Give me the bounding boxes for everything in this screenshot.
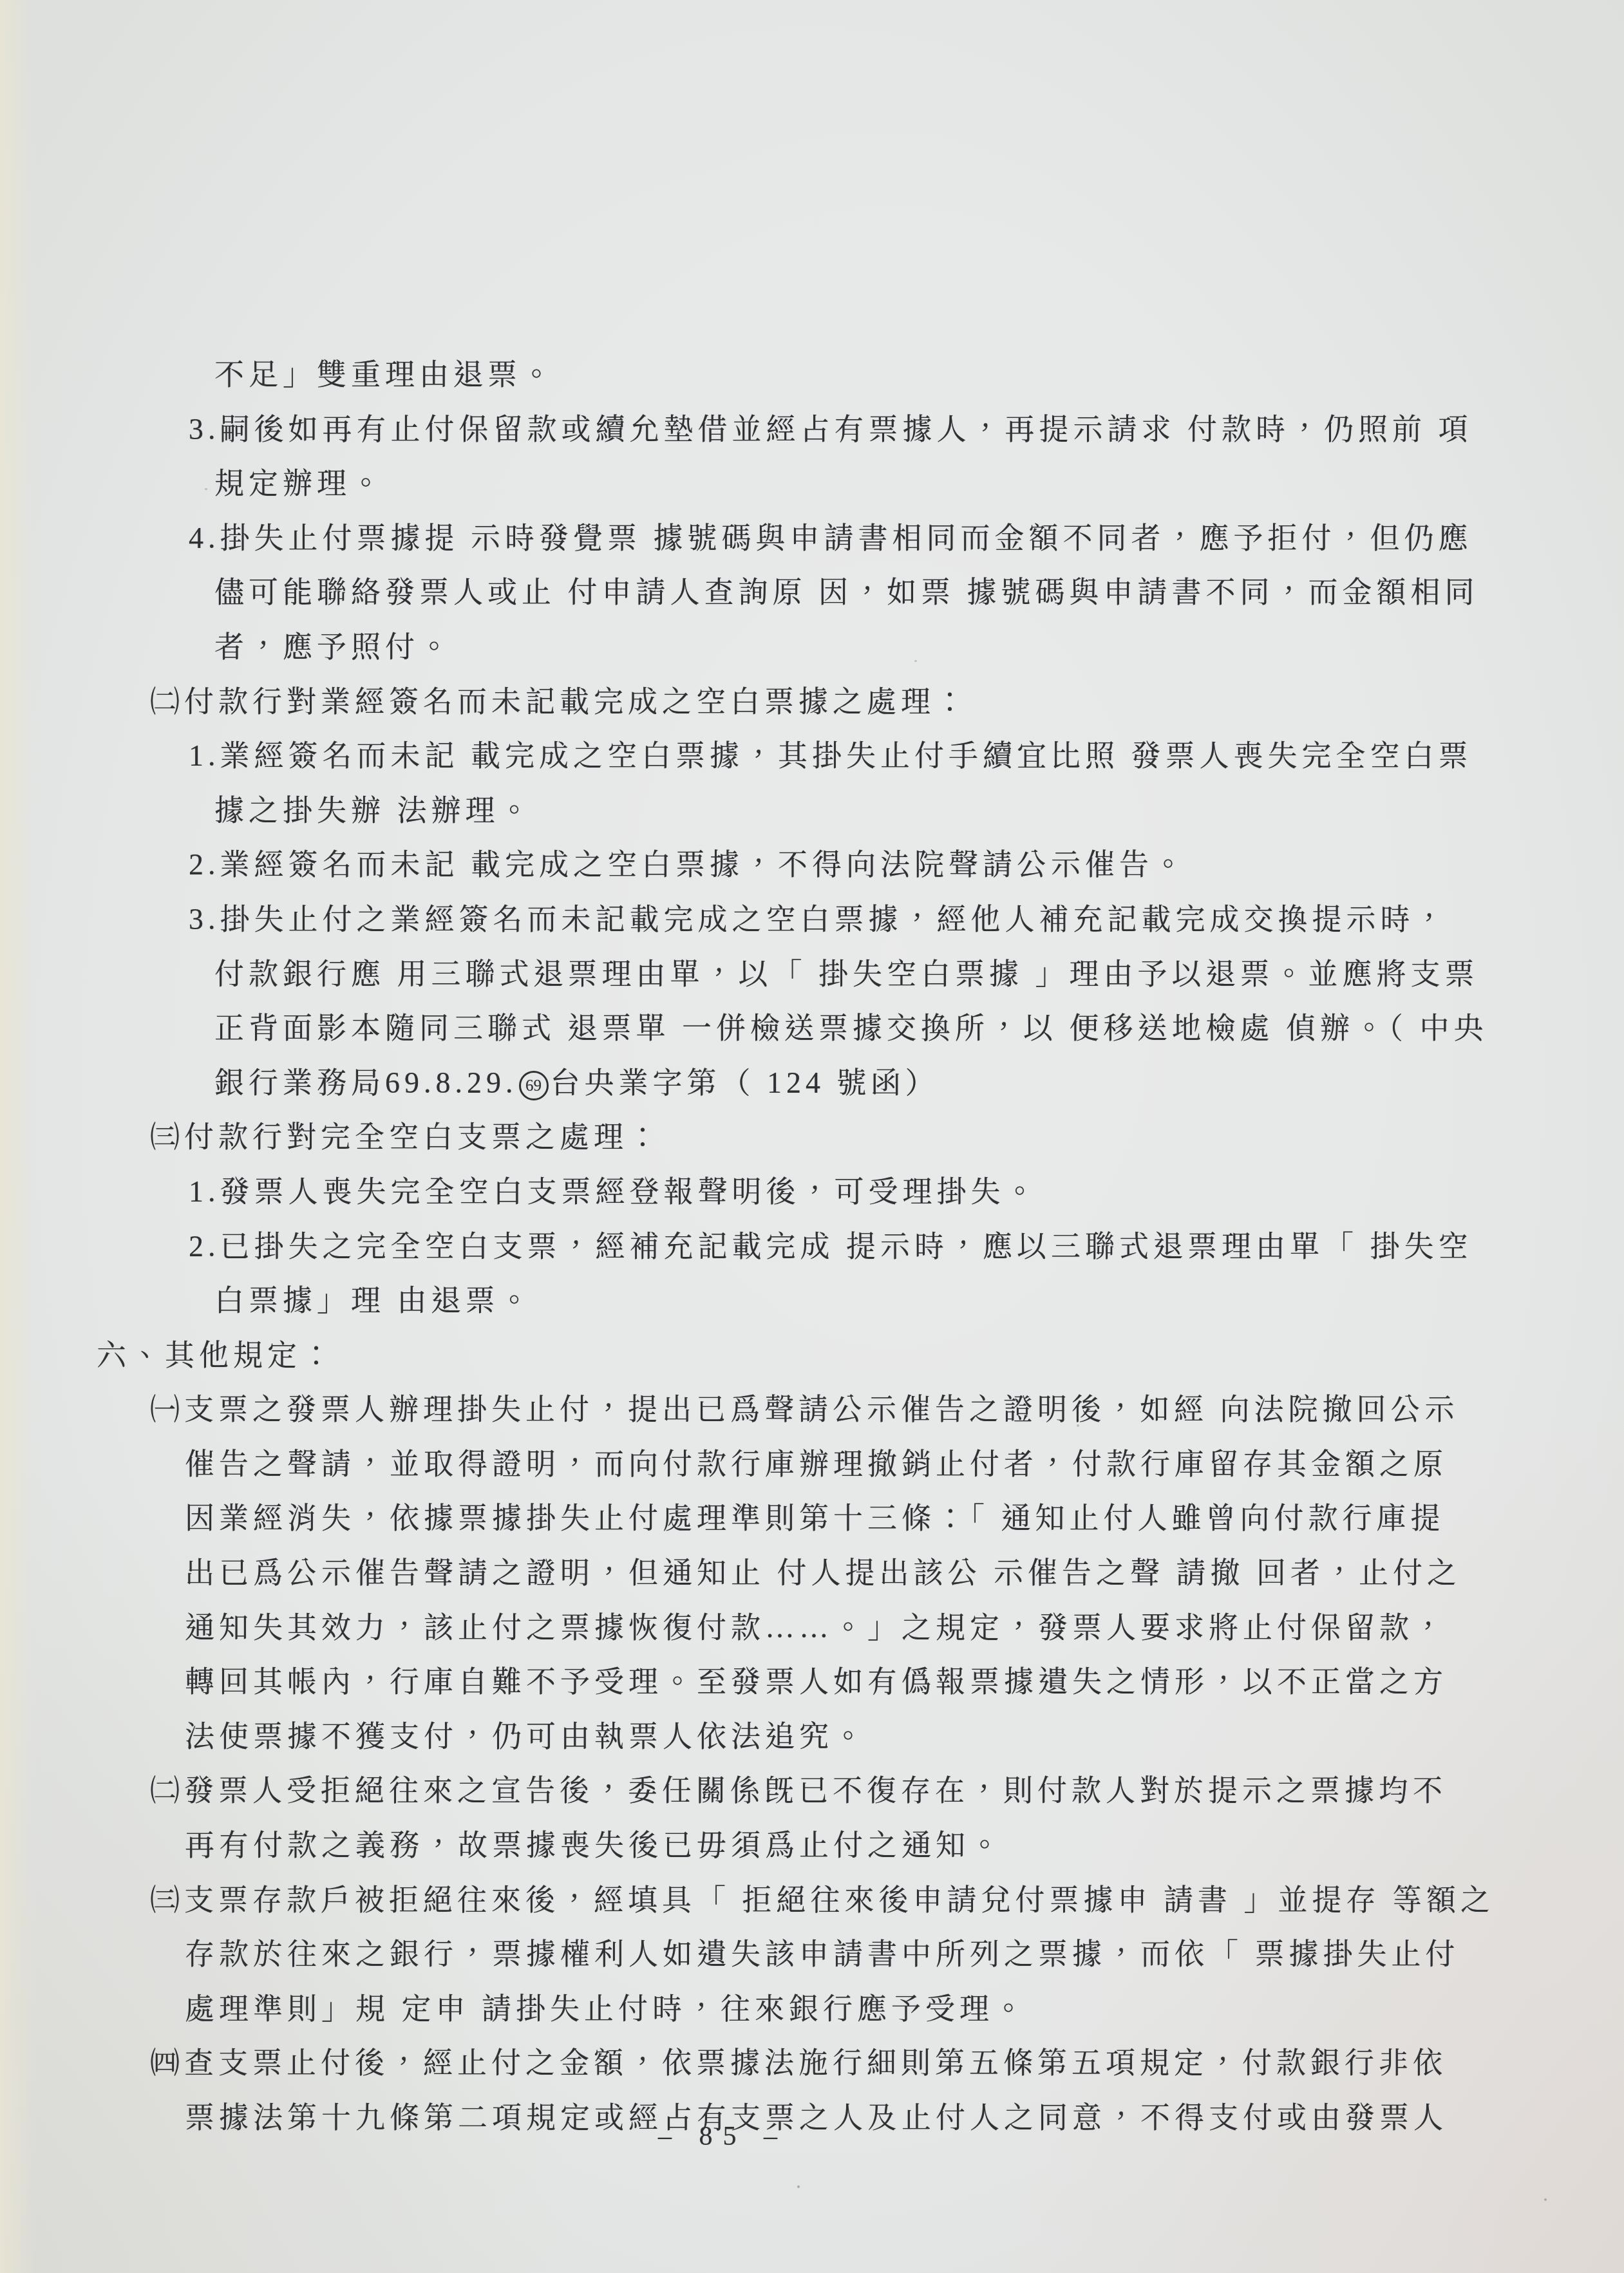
text-line: 儘可能聯絡發票人或止 付申請人查詢原 因，如票 據號碼與申請書不同，而金額相同 [0,565,1624,620]
paper-speck [205,488,207,490]
text-line: ㈣查支票止付後，經止付之金額，依票據法施行細則第五條第五項規定，付款銀行非依 [0,2036,1624,2091]
page-number: – 85 – [658,2121,788,2152]
text-line: 2.已掛失之完全空白支票，經補充記載完成 提示時，應以三聯式退票理由單「 掛失空 [0,1220,1624,1274]
text-line: 出已爲公示催告聲請之證明，但通知止 付人提出該公 示催告之聲 請撤 回者，止付之 [0,1546,1624,1601]
text-line: 3.掛失止付之業經簽名而未記載完成之空白票據，經他人補充記載完成交換提示時， [0,892,1624,947]
document-text: 不足」雙重理由退票。3.嗣後如再有止付保留款或續允墊借並經占有票據人，再提示請求… [0,0,1624,2146]
text-line: ㈢付款行對完全空白支票之處理： [0,1110,1624,1165]
circled-number: 69 [519,1071,549,1100]
text-line: 4.掛失止付票據提 示時發覺票 據號碼與申請書相同而金額不同者，應予拒付，但仍應 [0,511,1624,566]
text-line: 1.業經簽名而未記 載完成之空白票據，其掛失止付手續宜比照 發票人喪失完全空白票 [0,729,1624,784]
text-line: ㈢支票存款戶被拒絕往來後，經填具「 拒絕往來後申請兌付票據申 請書 」並提存 等… [0,1873,1624,1928]
text-line: 存款於往來之銀行，票據權利人如遺失該申請書中所列之票據，而依「 票據掛失止付 [0,1927,1624,1982]
text-line: 規定辦理。 [0,457,1624,511]
text-line: ㈠支票之發票人辦理掛失止付，提出已爲聲請公示催告之證明後，如經 向法院撤回公示 [0,1382,1624,1437]
text-line: 催告之聲請，並取得證明，而向付款行庫辦理撤銷止付者，付款行庫留存其金額之原 [0,1437,1624,1492]
text-segment: 台央業字第（ 124 號函） [551,1066,939,1099]
text-line: 不足」雙重理由退票。 [0,348,1624,402]
text-line: 者，應予照付。 [0,620,1624,675]
text-line: 法使票據不獲支付，仍可由執票人依法追究。 [0,1710,1624,1764]
paper-speck [797,2185,800,2188]
paper-speck [914,660,917,662]
text-line: 因業經消失，依據票據掛失止付處理準則第十三條：「 通知止付人雖曾向付款行庫提 [0,1491,1624,1546]
text-line: 3.嗣後如再有止付保留款或續允墊借並經占有票據人，再提示請求 付款時，仍照前 項 [0,402,1624,457]
text-line: 六、其他規定： [0,1328,1624,1383]
text-line: 通知失其效力，該止付之票據恢復付款……。」之規定，發票人要求將止付保留款， [0,1601,1624,1655]
text-line: 票據法第十九條第二項規定或經占有支票之人及止付人之同意，不得支付或由發票人 [0,2091,1624,2146]
text-segment: 銀行業務局69.8.29. [214,1066,518,1099]
text-line: 處理準則」規 定申 請掛失止付時，往來銀行應予受理。 [0,1982,1624,2037]
text-line: 據之掛失辦 法辦理。 [0,784,1624,838]
scanned-page: 不足」雙重理由退票。3.嗣後如再有止付保留款或續允墊借並經占有票據人，再提示請求… [0,0,1624,2273]
text-line: 正背面影本隨同三聯式 退票單 一併檢送票據交換所，以 便移送地檢處 偵辦。（ 中… [0,1001,1624,1056]
text-line: 轉回其帳內，行庫自難不予受理。至發票人如有僞報票據遺失之情形，以不正當之方 [0,1655,1624,1710]
text-line: ㈡付款行對業經簽名而未記載完成之空白票據之處理： [0,675,1624,730]
paper-speck [1544,2198,1547,2201]
text-line: 付款銀行應 用三聯式退票理由單，以「 掛失空白票據 」理由予以退票。並應將支票 [0,947,1624,1002]
text-line: 再有付款之義務，故票據喪失後已毋須爲止付之通知。 [0,1818,1624,1873]
text-line: 銀行業務局69.8.29.69台央業字第（ 124 號函） [0,1056,1624,1111]
text-line: ㈡發票人受拒絕往來之宣告後，委任關係旣已不復存在，則付款人對於提示之票據均不 [0,1764,1624,1818]
text-line: 2.業經簽名而未記 載完成之空白票據，不得向法院聲請公示催告。 [0,838,1624,892]
paper-speck [1077,1424,1079,1427]
paper-speck [399,920,402,922]
text-line: 1.發票人喪失完全空白支票經登報聲明後，可受理掛失。 [0,1165,1624,1220]
text-line: 白票據」理 由退票。 [0,1274,1624,1328]
